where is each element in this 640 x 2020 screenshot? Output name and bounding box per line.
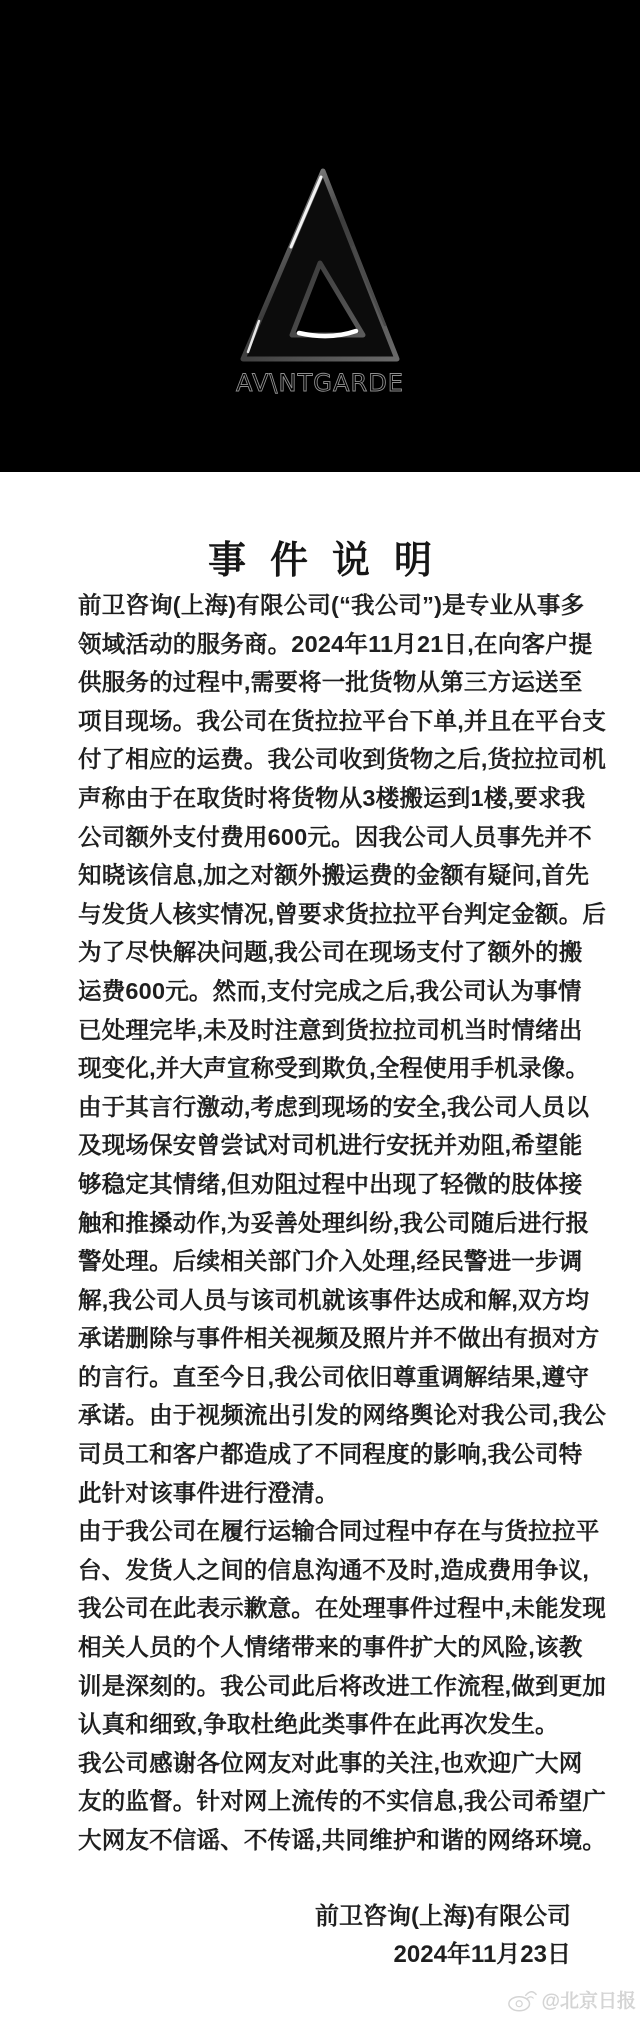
statement-line: 为了尽快解决问题,我公司在现场支付了额外的搬	[78, 933, 570, 972]
statement-line: 触和推搡动作,为妥善处理纠纷,我公司随后进行报	[78, 1204, 570, 1243]
statement-line: 训是深刻的。我公司此后将改进工作流程,做到更加	[78, 1667, 570, 1706]
statement-line: 及现场保安曾尝试对司机进行安抚并劝阻,希望能	[78, 1126, 570, 1165]
statement-line: 友的监督。针对网上流传的不实信息,我公司希望广	[78, 1782, 570, 1821]
statement-line: 此针对该事件进行澄清。	[78, 1474, 570, 1513]
statement-line: 大网友不信谣、不传谣,共同维护和谐的网络环境。	[78, 1821, 570, 1860]
brand-wordmark: AV\NTGARDE	[0, 366, 640, 405]
statement-line: 够稳定其情绪,但劝阻过程中出现了轻微的肢体接	[78, 1165, 570, 1204]
statement-line: 声称由于在取货时将货物从3楼搬运到1楼,要求我	[78, 779, 570, 818]
statement-body: 前卫咨询(上海)有限公司(“我公司”)是专业从事多领域活动的服务商。2024年1…	[78, 586, 570, 1860]
brand-header: AV\NTGARDE	[0, 0, 640, 472]
statement-line: 前卫咨询(上海)有限公司(“我公司”)是专业从事多	[78, 586, 570, 625]
statement-line: 的言行。直至今日,我公司依旧尊重调解结果,遵守	[78, 1358, 570, 1397]
signature: 前卫咨询(上海)有限公司	[315, 1898, 571, 1937]
weibo-icon	[507, 1987, 537, 2013]
triangle-logo-icon	[235, 163, 405, 368]
statement-line: 台、发货人之间的信息沟通不及时,造成费用争议,	[78, 1551, 570, 1590]
statement-line: 由于其言行激动,考虑到现场的安全,我公司人员以	[78, 1088, 570, 1127]
date: 2024年11月23日	[394, 1936, 571, 1975]
statement-line: 公司额外支付费用600元。因我公司人员事先并不	[78, 818, 570, 857]
statement-line: 已处理完毕,未及时注意到货拉拉司机当时情绪出	[78, 1011, 570, 1050]
statement-line: 运费600元。然而,支付完成之后,我公司认为事情	[78, 972, 570, 1011]
statement-line: 相关人员的个人情绪带来的事件扩大的风险,该教	[78, 1628, 570, 1667]
statement-line: 警处理。后续相关部门介入处理,经民警进一步调	[78, 1242, 570, 1281]
statement-line: 承诺删除与事件相关视频及照片并不做出有损对方	[78, 1319, 570, 1358]
page-title: 事件说明	[0, 537, 640, 585]
wordmark-text: AV\NTGARDE	[200, 366, 440, 400]
statement-line: 我公司在此表示歉意。在处理事件过程中,未能发现	[78, 1589, 570, 1628]
statement-line: 项目现场。我公司在货拉拉平台下单,并且在平台支	[78, 702, 570, 741]
statement-line: 与发货人核实情况,曾要求货拉拉平台判定金额。后	[78, 895, 570, 934]
statement-line: 付了相应的运费。我公司收到货物之后,货拉拉司机	[78, 740, 570, 779]
avantgarde-triangle-logo	[235, 163, 405, 368]
statement-line: 解,我公司人员与该司机就该事件达成和解,双方均	[78, 1281, 570, 1320]
statement-line: 知晓该信息,加之对额外搬运费的金额有疑问,首先	[78, 856, 570, 895]
watermark: @北京日报	[507, 1986, 636, 2013]
statement-line: 我公司感谢各位网友对此事的关注,也欢迎广大网	[78, 1744, 570, 1783]
statement-line: 由于我公司在履行运输合同过程中存在与货拉拉平	[78, 1512, 570, 1551]
watermark-label: @北京日报	[541, 1986, 636, 2013]
statement-page: AV\NTGARDE 事件说明 前卫咨询(上海)有限公司(“我公司”)是专业从事…	[0, 0, 640, 2020]
statement-line: 司员工和客户都造成了不同程度的影响,我公司特	[78, 1435, 570, 1474]
statement-line: 承诺。由于视频流出引发的网络舆论对我公司,我公	[78, 1396, 570, 1435]
statement-line: 领域活动的服务商。2024年11月21日,在向客户提	[78, 625, 570, 664]
wordmark-label: AV\NTGARDE	[236, 369, 404, 397]
statement-line: 供服务的过程中,需要将一批货物从第三方运送至	[78, 663, 570, 702]
statement-line: 现变化,并大声宣称受到欺负,全程使用手机录像。	[78, 1049, 570, 1088]
statement-line: 认真和细致,争取杜绝此类事件在此再次发生。	[78, 1705, 570, 1744]
